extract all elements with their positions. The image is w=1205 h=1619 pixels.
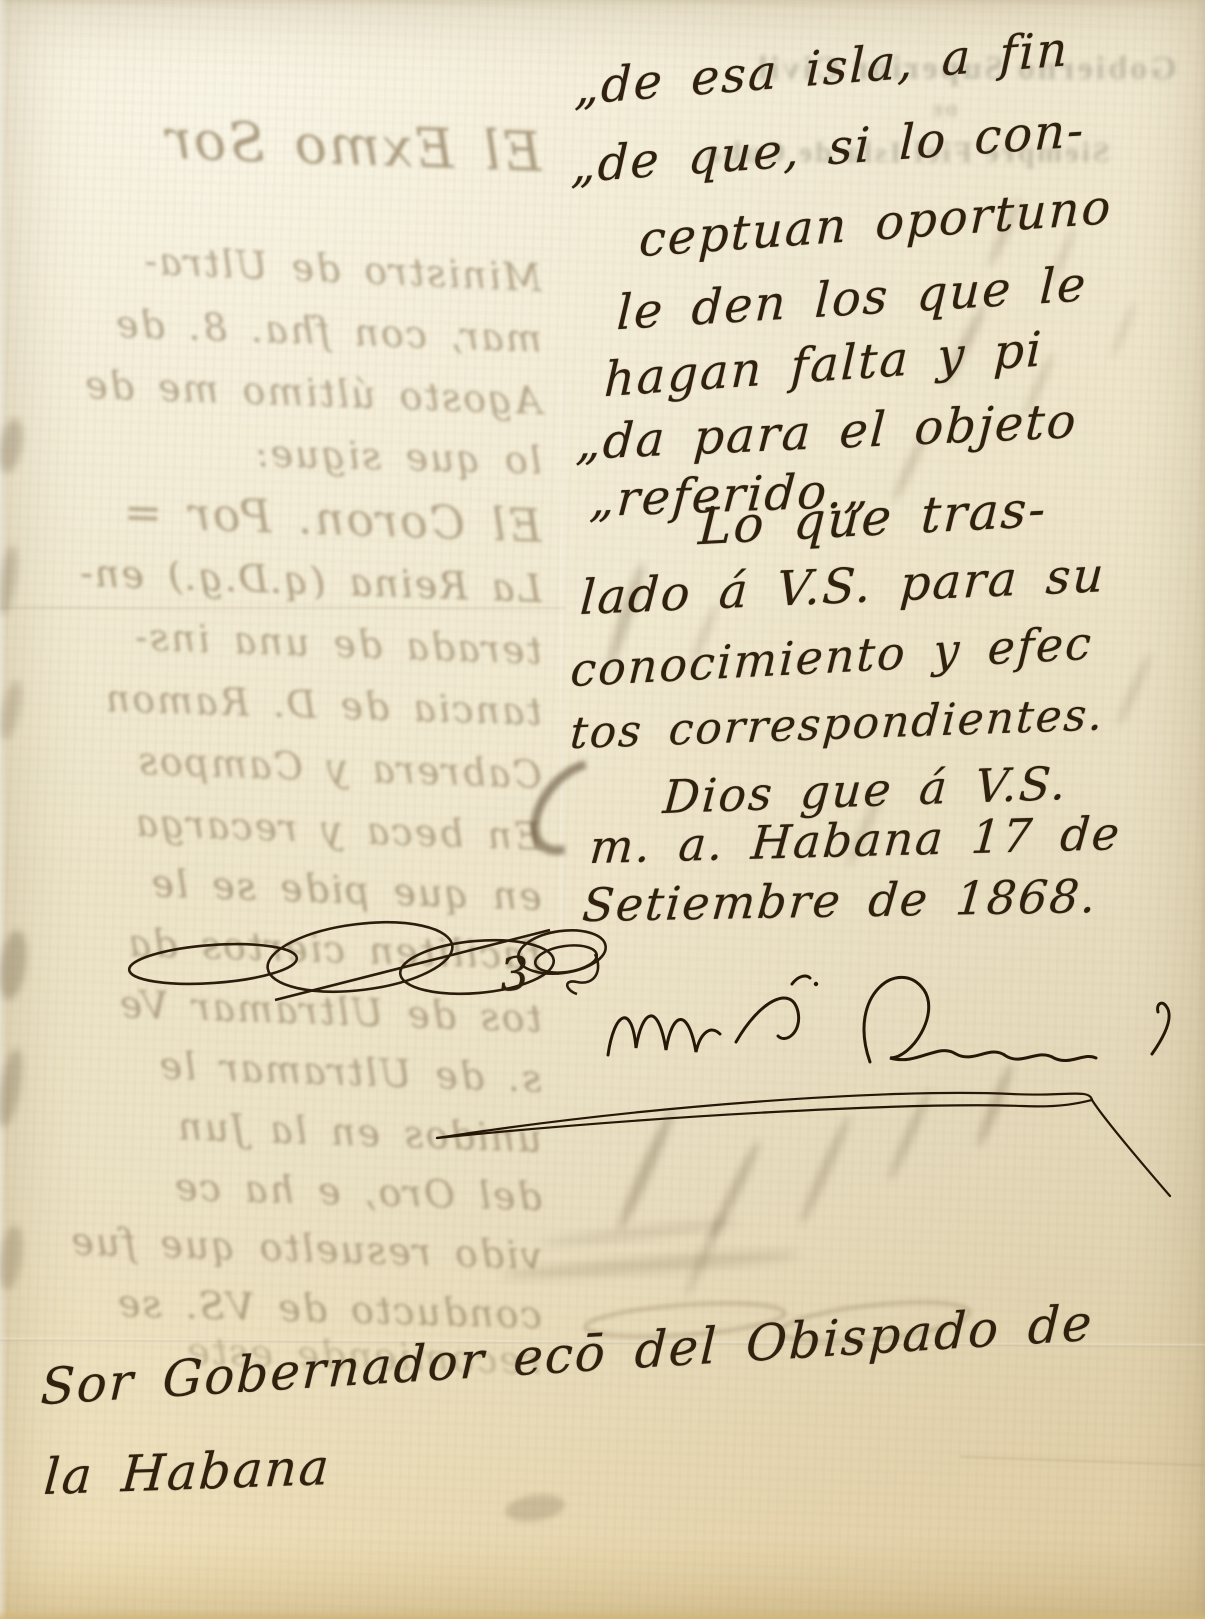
ink-smudge — [1114, 652, 1154, 728]
verso-bleedthrough-line: El Exmo Sor — [29, 103, 543, 184]
ink-smudge — [1109, 301, 1138, 359]
verso-bleedthrough-line: La Reina (q.D.g.) en- — [29, 549, 542, 611]
verso-bleedthrough-line: En beca y recarga — [29, 797, 542, 859]
manuscript-line: ceptuan oportuno — [638, 179, 1113, 268]
verso-bleedthrough-line: terada de una ins- — [29, 611, 542, 673]
verso-bleedthrough-line: El Coron. Por = — [29, 481, 543, 553]
ink-smudge — [500, 1248, 800, 1283]
manuscript-line: „de que, si lo con- — [570, 102, 1086, 194]
manuscript-line: conocimiento y efec — [569, 616, 1094, 698]
letter-page-scan: Gobierno Superior Civil DE Siempre Fiel … — [0, 0, 1205, 1619]
verso-bleedthrough-line: Cabrera y Campos — [29, 735, 542, 797]
signature-underline-flourish — [412, 1068, 1205, 1213]
manuscript-line: lado á V.S. para su — [579, 547, 1108, 626]
paper-crease — [560, 380, 562, 940]
ink-smudge — [503, 1491, 566, 1525]
verso-bleedthrough-line: Agosto último me de — [29, 361, 542, 423]
page-number-annotation: 3 — [498, 946, 533, 1002]
signature — [540, 950, 1205, 1085]
manuscript-line: tos correspondientes. — [568, 689, 1106, 759]
verso-bleedthrough-line: lo que sigue: — [30, 425, 543, 482]
manuscript-line: Setiembre de 1868. — [580, 869, 1100, 932]
manuscript-line: „de esa isla, a fin — [574, 21, 1070, 116]
paper-left-edge-highlight — [0, 0, 7, 1619]
verso-bleedthrough-line: mar, con fha. 8. de — [29, 299, 542, 361]
paper-crease — [960, 1456, 1205, 1467]
verso-bleedthrough-line: en que pide se le — [29, 857, 542, 919]
verso-bleedthrough-line: vido resuelto que fue — [29, 1218, 542, 1278]
verso-bleedthrough-line: tancia de D. Ramon — [29, 674, 542, 734]
verso-bleedthrough-line: Ministro de Ultra- — [29, 234, 542, 300]
paper-bottom-edge — [0, 1610, 1205, 1619]
closing-address-line: la Habana — [42, 1438, 333, 1506]
